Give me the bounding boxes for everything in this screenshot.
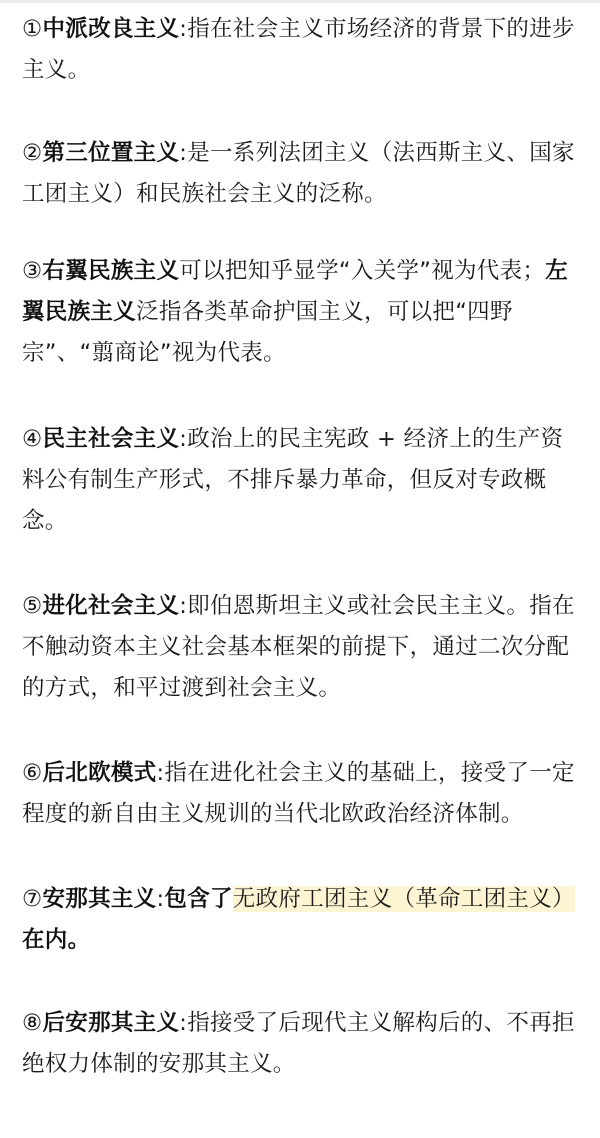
highlighted-text: 无政府工团主义（革命工团主义） <box>233 886 575 912</box>
separator: : <box>179 1010 187 1036</box>
term-bold: 进化社会主义 <box>42 593 179 619</box>
separator: : <box>179 426 187 452</box>
paragraph-2: ②第三位置主义:是一系列法团主义（法西斯主义、国家工团主义）和民族社会主义的泛称… <box>22 133 582 215</box>
item-number: ② <box>22 140 42 166</box>
paragraph-5: ⑤进化社会主义:即伯恩斯坦主义或社会民主主义。指在不触动资本主义社会基本框架的前… <box>22 586 582 709</box>
paragraph-3: ③右翼民族主义可以把知乎显学“入关学”视为代表；左翼民族主义泛指各类革命护国主义… <box>22 251 582 374</box>
item-number: ① <box>22 16 42 42</box>
item-number: ⑤ <box>22 593 42 619</box>
term-bold: 第三位置主义 <box>42 140 179 166</box>
document-body: ①中派改良主义:指在社会主义市场经济的背景下的进步主义。 ②第三位置主义:是一系… <box>22 9 582 1085</box>
term-bold: 安那其主义 <box>42 886 156 912</box>
paragraph-8: ⑧后安那其主义:指接受了后现代主义解构后的、不再拒绝权力体制的安那其主义。 <box>22 1003 582 1085</box>
bold-tail: 在内。 <box>22 927 90 953</box>
item-number: ④ <box>22 426 42 452</box>
definition-text: 可以把知乎显学“入关学”视为代表； <box>179 258 545 284</box>
item-number: ⑦ <box>22 886 42 912</box>
top-divider <box>0 0 600 3</box>
paragraph-4: ④民主社会主义:政治上的民主宪政 + 经济上的生产资料公有制生产形式，不排斥暴力… <box>22 419 582 542</box>
paragraph-7: ⑦安那其主义:包含了无政府工团主义（革命工团主义）在内。 <box>22 879 582 961</box>
separator: : <box>179 593 187 619</box>
term-bold: 民主社会主义 <box>42 426 179 452</box>
item-number: ⑧ <box>22 1010 42 1036</box>
separator: : <box>179 16 187 42</box>
paragraph-6: ⑥后北欧模式:指在进化社会主义的基础上，接受了一定程度的新自由主义规训的当代北欧… <box>22 753 582 835</box>
term-bold: 后安那其主义 <box>42 1010 179 1036</box>
term-bold: 右翼民族主义 <box>42 258 179 284</box>
separator: : <box>179 140 187 166</box>
paragraph-1: ①中派改良主义:指在社会主义市场经济的背景下的进步主义。 <box>22 9 582 91</box>
bold-text: 包含了 <box>164 886 232 912</box>
item-number: ⑥ <box>22 760 42 786</box>
term-bold: 中派改良主义 <box>42 16 179 42</box>
item-number: ③ <box>22 258 42 284</box>
term-bold: 后北欧模式 <box>42 760 156 786</box>
